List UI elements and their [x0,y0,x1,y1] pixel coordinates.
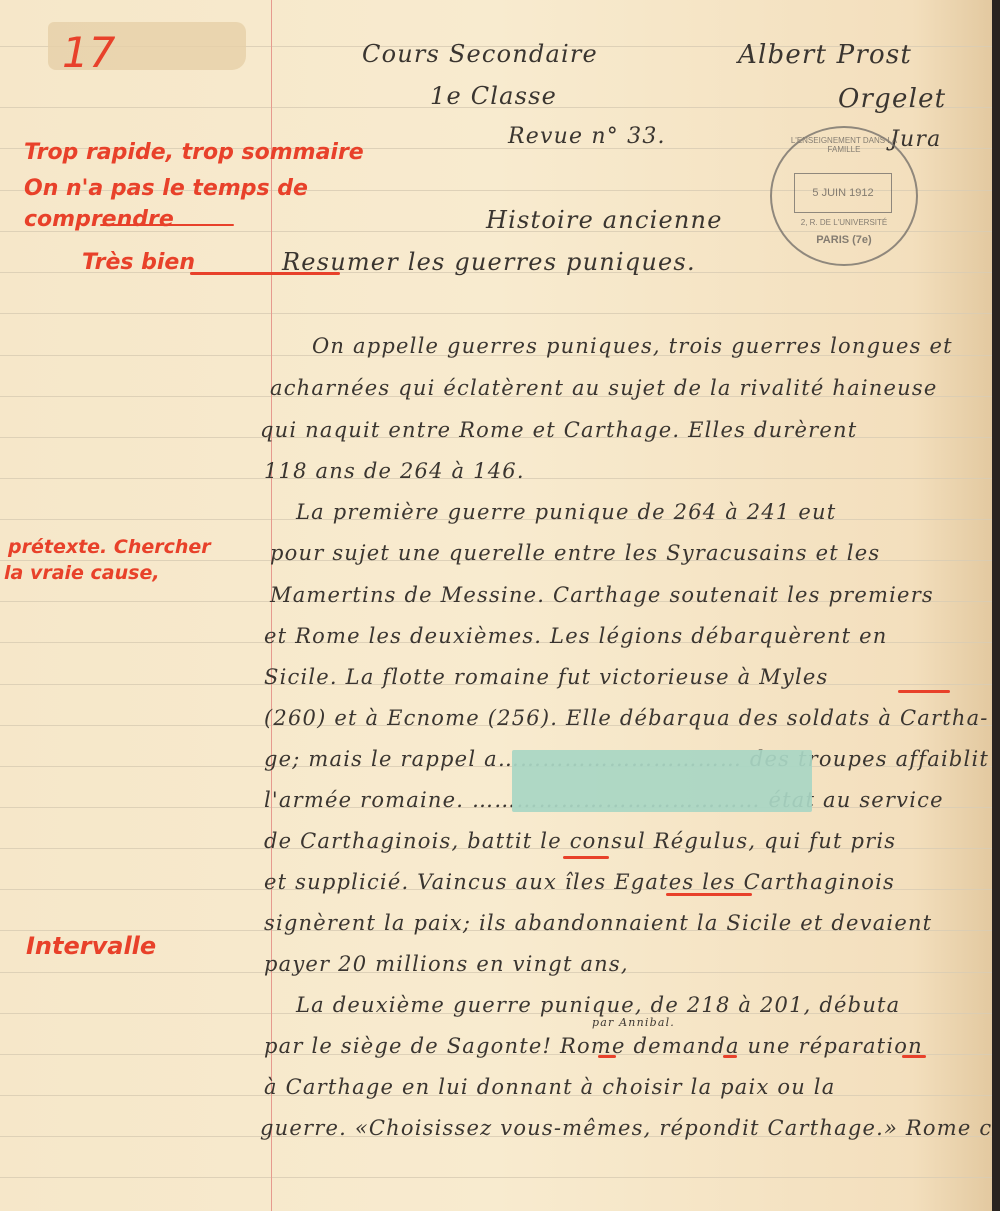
ruled-line [0,313,992,314]
class-label: 1e Classe [430,82,557,110]
town: Orgelet [838,84,946,114]
student-name: Albert Prost [738,40,912,70]
body-line: Sicile. La flotte romaine fut victorieus… [264,665,829,689]
red-underline [563,856,609,859]
red-underline [902,1055,926,1058]
red-underline [598,1055,616,1058]
stamp-city: PARIS (7e) [782,234,906,246]
body-line: et Rome les deuxièmes. Les légions débar… [264,624,888,648]
body-line: guerre. «Choisissez vous-mêmes, répondit… [260,1116,992,1140]
body-line: payer 20 millions en vingt ans, [264,952,629,976]
body-line: pour sujet une querelle entre les Syracu… [270,541,880,565]
insertion-note: par Annibal. [592,1016,675,1029]
body-line: Mamertins de Messine. Carthage soutenait… [270,583,934,607]
body-line: qui naquit entre Rome et Carthage. Elles… [260,418,857,442]
interval-note: Intervalle [26,932,156,960]
body-line: acharnées qui éclatèrent au sujet de la … [270,376,937,400]
stamp-date: 5 JUIN 1912 [794,173,892,213]
red-underline [666,893,752,896]
postmark-stamp: L'ENSEIGNEMENT DANS LA FAMILLE 5 JUIN 19… [770,126,918,266]
body-line: signèrent la paix; ils abandonnaient la … [264,911,932,935]
red-underline [898,690,950,693]
teacher-comment-line: On n'a pas le temps de [24,176,308,201]
assignment-title: Resumer les guerres puniques. [282,248,696,276]
stamp-address: 2, R. DE L'UNIVERSITÉ [782,218,906,227]
body-line: et supplicié. Vaincus aux îles Egates le… [264,870,895,894]
notebook-page: 17 Cours Secondaire 1e Classe Revue n° 3… [0,0,992,1211]
red-underline [100,224,234,226]
red-underline [723,1055,737,1058]
course-title: Cours Secondaire [362,40,598,68]
body-line: 118 ans de 264 à 146. [264,459,525,483]
body-line: La deuxième guerre punique, de 218 à 201… [296,993,900,1017]
grade: 17 [62,28,115,77]
cause-note-line: la vraie cause, [4,562,160,584]
body-line: par le siège de Sagonte! Rome demanda un… [264,1034,923,1058]
cause-note-line: prétexte. Chercher [8,536,211,558]
body-line: de Carthaginois, battit le consul Régulu… [264,829,896,853]
body-line: La première guerre punique de 264 à 241 … [296,500,836,524]
subject-heading: Histoire ancienne [486,206,723,234]
stamp-organization: L'ENSEIGNEMENT DANS LA FAMILLE [782,136,906,154]
teacher-comment-line: Trop rapide, trop sommaire [24,140,364,165]
revue-number: Revue n° 33. [508,124,666,149]
body-line: On appelle guerres puniques, trois guerr… [312,334,953,358]
ruled-line [0,1177,992,1178]
teacher-comment-line: comprendre [24,207,174,232]
body-line: (260) et à Ecnome (256). Elle débarqua d… [264,706,989,730]
pasted-paper-strip [512,750,812,812]
red-underline [190,272,340,275]
mark-label: Très bien [82,250,195,275]
body-line: à Carthage en lui donnant à choisir la p… [264,1075,835,1099]
